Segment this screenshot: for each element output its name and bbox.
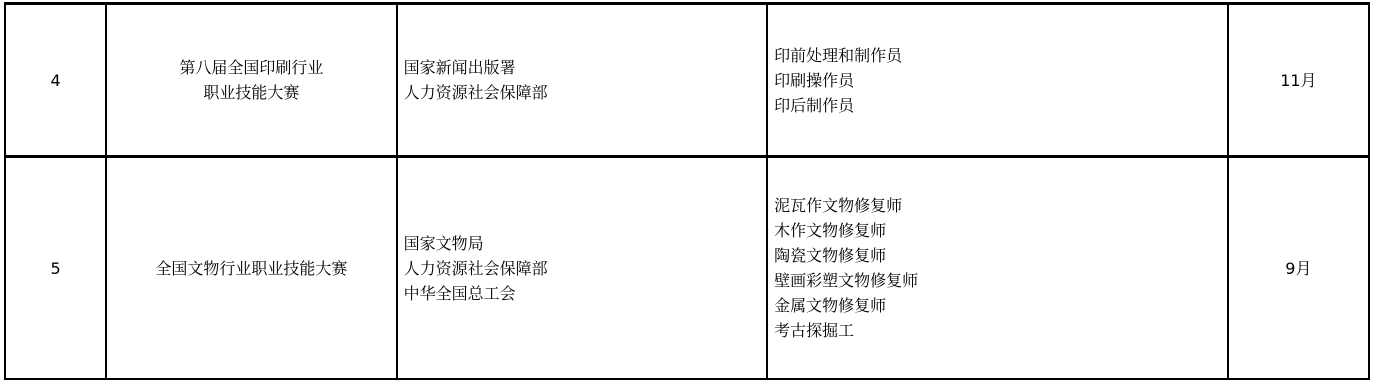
row-number-cell: 4 [5, 4, 106, 157]
organizers-cell: 国家新闻出版署 人力资源社会保障部 [397, 4, 768, 157]
occupations-cell: 印前处理和制作员 印刷操作员 印后制作员 [767, 4, 1228, 157]
month-cell: 9月 [1228, 157, 1369, 380]
organizers-cell: 国家文物局 人力资源社会保障部 中华全国总工会 [397, 157, 768, 380]
row-number-cell: 5 [5, 157, 106, 380]
document-page: 4 第八届全国印刷行业 职业技能大赛 国家新闻出版署 人力资源社会保障部 印前处… [0, 0, 1375, 380]
occupations-cell: 泥瓦作文物修复师 木作文物修复师 陶瓷文物修复师 壁画彩塑文物修复师 金属文物修… [767, 157, 1228, 380]
table-row: 5 全国文物行业职业技能大赛 国家文物局 人力资源社会保障部 中华全国总工会 泥… [5, 157, 1369, 380]
table-row: 4 第八届全国印刷行业 职业技能大赛 国家新闻出版署 人力资源社会保障部 印前处… [5, 4, 1369, 157]
competition-table: 4 第八届全国印刷行业 职业技能大赛 国家新闻出版署 人力资源社会保障部 印前处… [4, 2, 1370, 380]
month-cell: 11月 [1228, 4, 1369, 157]
competition-name-cell: 第八届全国印刷行业 职业技能大赛 [106, 4, 396, 157]
competition-name-cell: 全国文物行业职业技能大赛 [106, 157, 396, 380]
